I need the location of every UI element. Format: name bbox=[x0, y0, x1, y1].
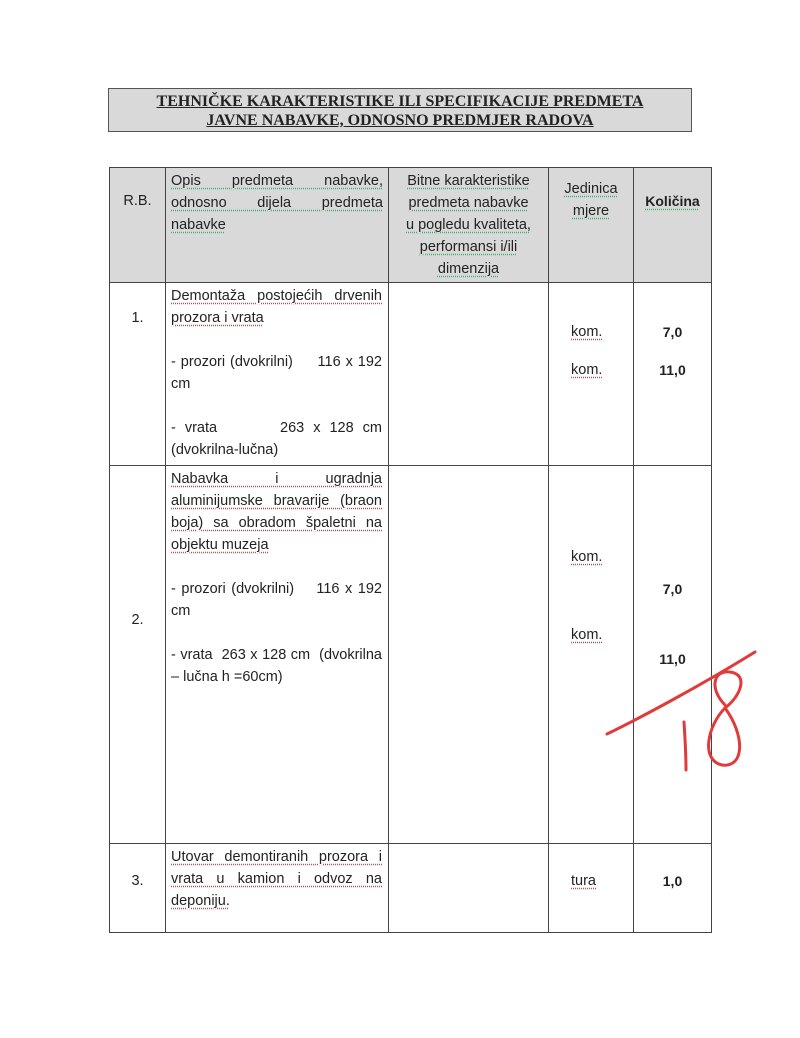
table-row: 2. Nabavka i ugradnja aluminijumske brav… bbox=[110, 466, 712, 844]
row-description: Demontaža postojećih drvenih prozora i v… bbox=[166, 283, 389, 466]
row-characteristics bbox=[389, 466, 549, 844]
description-text: Demontaža postojećih drvenih prozora i v… bbox=[171, 285, 382, 329]
qty-b: 11,0 bbox=[659, 362, 685, 378]
row-unit: kom. kom. bbox=[549, 466, 634, 844]
header-rb: R.B. bbox=[110, 168, 166, 283]
specification-table: R.B. Opis predmeta nabavke, odnosno dije… bbox=[109, 167, 712, 933]
qty-a: 7,0 bbox=[663, 581, 682, 597]
unit-b: kom. bbox=[571, 362, 602, 378]
description-text: Nabavka i ugradnja aluminijumske bravari… bbox=[171, 468, 382, 556]
description-item-b: - vrata 263 x 128 cm (dvokrilna – lučna … bbox=[171, 644, 382, 688]
header-char-line-5: dimenzija bbox=[438, 261, 499, 277]
header-char-line-2: predmeta nabavke bbox=[408, 195, 528, 211]
header-description: Opis predmeta nabavke, odnosno dijela pr… bbox=[166, 168, 389, 283]
row-number: 1. bbox=[110, 283, 166, 466]
header-description-text: Opis predmeta nabavke, odnosno dijela pr… bbox=[171, 173, 383, 233]
header-unit-line-2: mjere bbox=[573, 203, 609, 219]
header-char-line-3: u pogledu kvaliteta, bbox=[406, 217, 531, 233]
title-line-1: TEHNIČKE KARAKTERISTIKE ILI SPECIFIKACIJ… bbox=[157, 93, 644, 110]
row-unit: kom. kom. bbox=[549, 283, 634, 466]
row-characteristics bbox=[389, 283, 549, 466]
description-item-a: - prozori (dvokrilni) 116 x 192 cm bbox=[171, 578, 382, 622]
qty-a: 1,0 bbox=[663, 873, 682, 889]
header-unit: Jedinica mjere bbox=[549, 168, 634, 283]
table-row: 3. Utovar demontiranih prozora i vrata u… bbox=[110, 844, 712, 933]
unit-a: kom. bbox=[571, 549, 602, 565]
row-quantity: 1,0 bbox=[634, 844, 712, 933]
title-line-2: JAVNE NABAVKE, ODNOSNO PREDMJER RADOVA bbox=[206, 112, 593, 129]
unit-b: kom. bbox=[571, 627, 602, 643]
qty-b: 11,0 bbox=[659, 651, 685, 667]
row-quantity: 7,0 11,0 bbox=[634, 283, 712, 466]
header-char-line-1: Bitne karakteristike bbox=[407, 173, 530, 189]
row-number: 3. bbox=[110, 844, 166, 933]
qty-a: 7,0 bbox=[663, 324, 682, 340]
header-quantity-text: Količina bbox=[645, 193, 699, 209]
table-row: 1. Demontaža postojećih drvenih prozora … bbox=[110, 283, 712, 466]
header-unit-line-1: Jedinica bbox=[564, 181, 617, 197]
unit-a: kom. bbox=[571, 324, 602, 340]
annotation-digit-8 bbox=[709, 672, 741, 765]
description-item-b: - vrata 263 x 128 cm (dvokrilna-lučna) bbox=[171, 417, 382, 461]
row-description: Utovar demontiranih prozora i vrata u ka… bbox=[166, 844, 389, 933]
description-text: Utovar demontiranih prozora i vrata u ka… bbox=[171, 846, 382, 912]
row-characteristics bbox=[389, 844, 549, 933]
row-quantity: 7,0 11,0 bbox=[634, 466, 712, 844]
row-description: Nabavka i ugradnja aluminijumske bravari… bbox=[166, 466, 389, 844]
row-number: 2. bbox=[110, 466, 166, 844]
row-unit: tura bbox=[549, 844, 634, 933]
description-item-a: - prozori (dvokrilni) 116 x 192 cm bbox=[171, 351, 382, 395]
header-quantity: Količina bbox=[634, 168, 712, 283]
table-header-row: R.B. Opis predmeta nabavke, odnosno dije… bbox=[110, 168, 712, 283]
header-char-line-4: performansi i/ili bbox=[420, 239, 518, 255]
document-title: TEHNIČKE KARAKTERISTIKE ILI SPECIFIKACIJ… bbox=[108, 88, 692, 132]
unit-a: tura bbox=[571, 873, 596, 889]
header-characteristics: Bitne karakteristike predmeta nabavke u … bbox=[389, 168, 549, 283]
